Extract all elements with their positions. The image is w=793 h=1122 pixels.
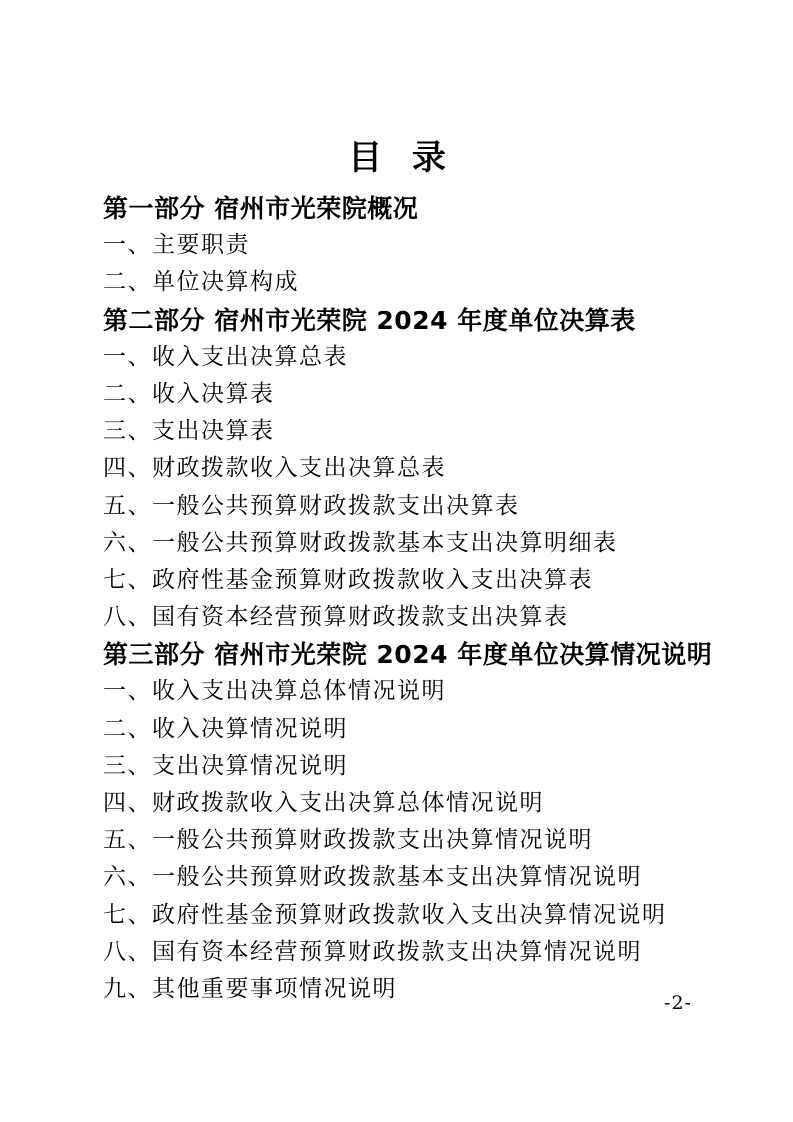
toc-item: 八、国有资本经营预算财政拨款支出决算表 <box>103 599 743 636</box>
toc-item: 三、支出决算情况说明 <box>103 748 743 785</box>
toc-item: 八、国有资本经营预算财政拨款支出决算情况说明 <box>103 934 743 971</box>
toc-item: 六、一般公共预算财政拨款基本支出决算情况说明 <box>103 859 743 896</box>
toc-item: 一、主要职责 <box>103 227 743 264</box>
toc-item: 五、一般公共预算财政拨款支出决算表 <box>103 488 743 525</box>
toc-item: 七、政府性基金预算财政拨款收入支出决算表 <box>103 562 743 599</box>
toc-item: 五、一般公共预算财政拨款支出决算情况说明 <box>103 822 743 859</box>
toc-item: 七、政府性基金预算财政拨款收入支出决算情况说明 <box>103 897 743 934</box>
toc-section-heading: 第二部分 宿州市光荣院 2024 年度单位决算表 <box>103 302 743 339</box>
toc-section-heading: 第一部分 宿州市光荣院概况 <box>103 190 743 227</box>
toc-item: 四、财政拨款收入支出决算总体情况说明 <box>103 785 743 822</box>
toc-section-heading: 第三部分 宿州市光荣院 2024 年度单位决算情况说明 <box>103 636 743 673</box>
toc-item: 六、一般公共预算财政拨款基本支出决算明细表 <box>103 525 743 562</box>
toc-item: 三、支出决算表 <box>103 413 743 450</box>
page-title: 目 录 <box>103 136 693 180</box>
toc-list: 第一部分 宿州市光荣院概况一、主要职责二、单位决算构成第二部分 宿州市光荣院 2… <box>103 190 743 1008</box>
page-number: -2- <box>640 991 716 1015</box>
toc-item: 一、收入支出决算总表 <box>103 339 743 376</box>
toc-item: 四、财政拨款收入支出决算总表 <box>103 450 743 487</box>
toc-item: 二、收入决算表 <box>103 376 743 413</box>
document-page: 目 录 第一部分 宿州市光荣院概况一、主要职责二、单位决算构成第二部分 宿州市光… <box>0 0 793 1122</box>
toc-item: 一、收入支出决算总体情况说明 <box>103 673 743 710</box>
toc-item: 二、收入决算情况说明 <box>103 711 743 748</box>
toc-item: 二、单位决算构成 <box>103 264 743 301</box>
